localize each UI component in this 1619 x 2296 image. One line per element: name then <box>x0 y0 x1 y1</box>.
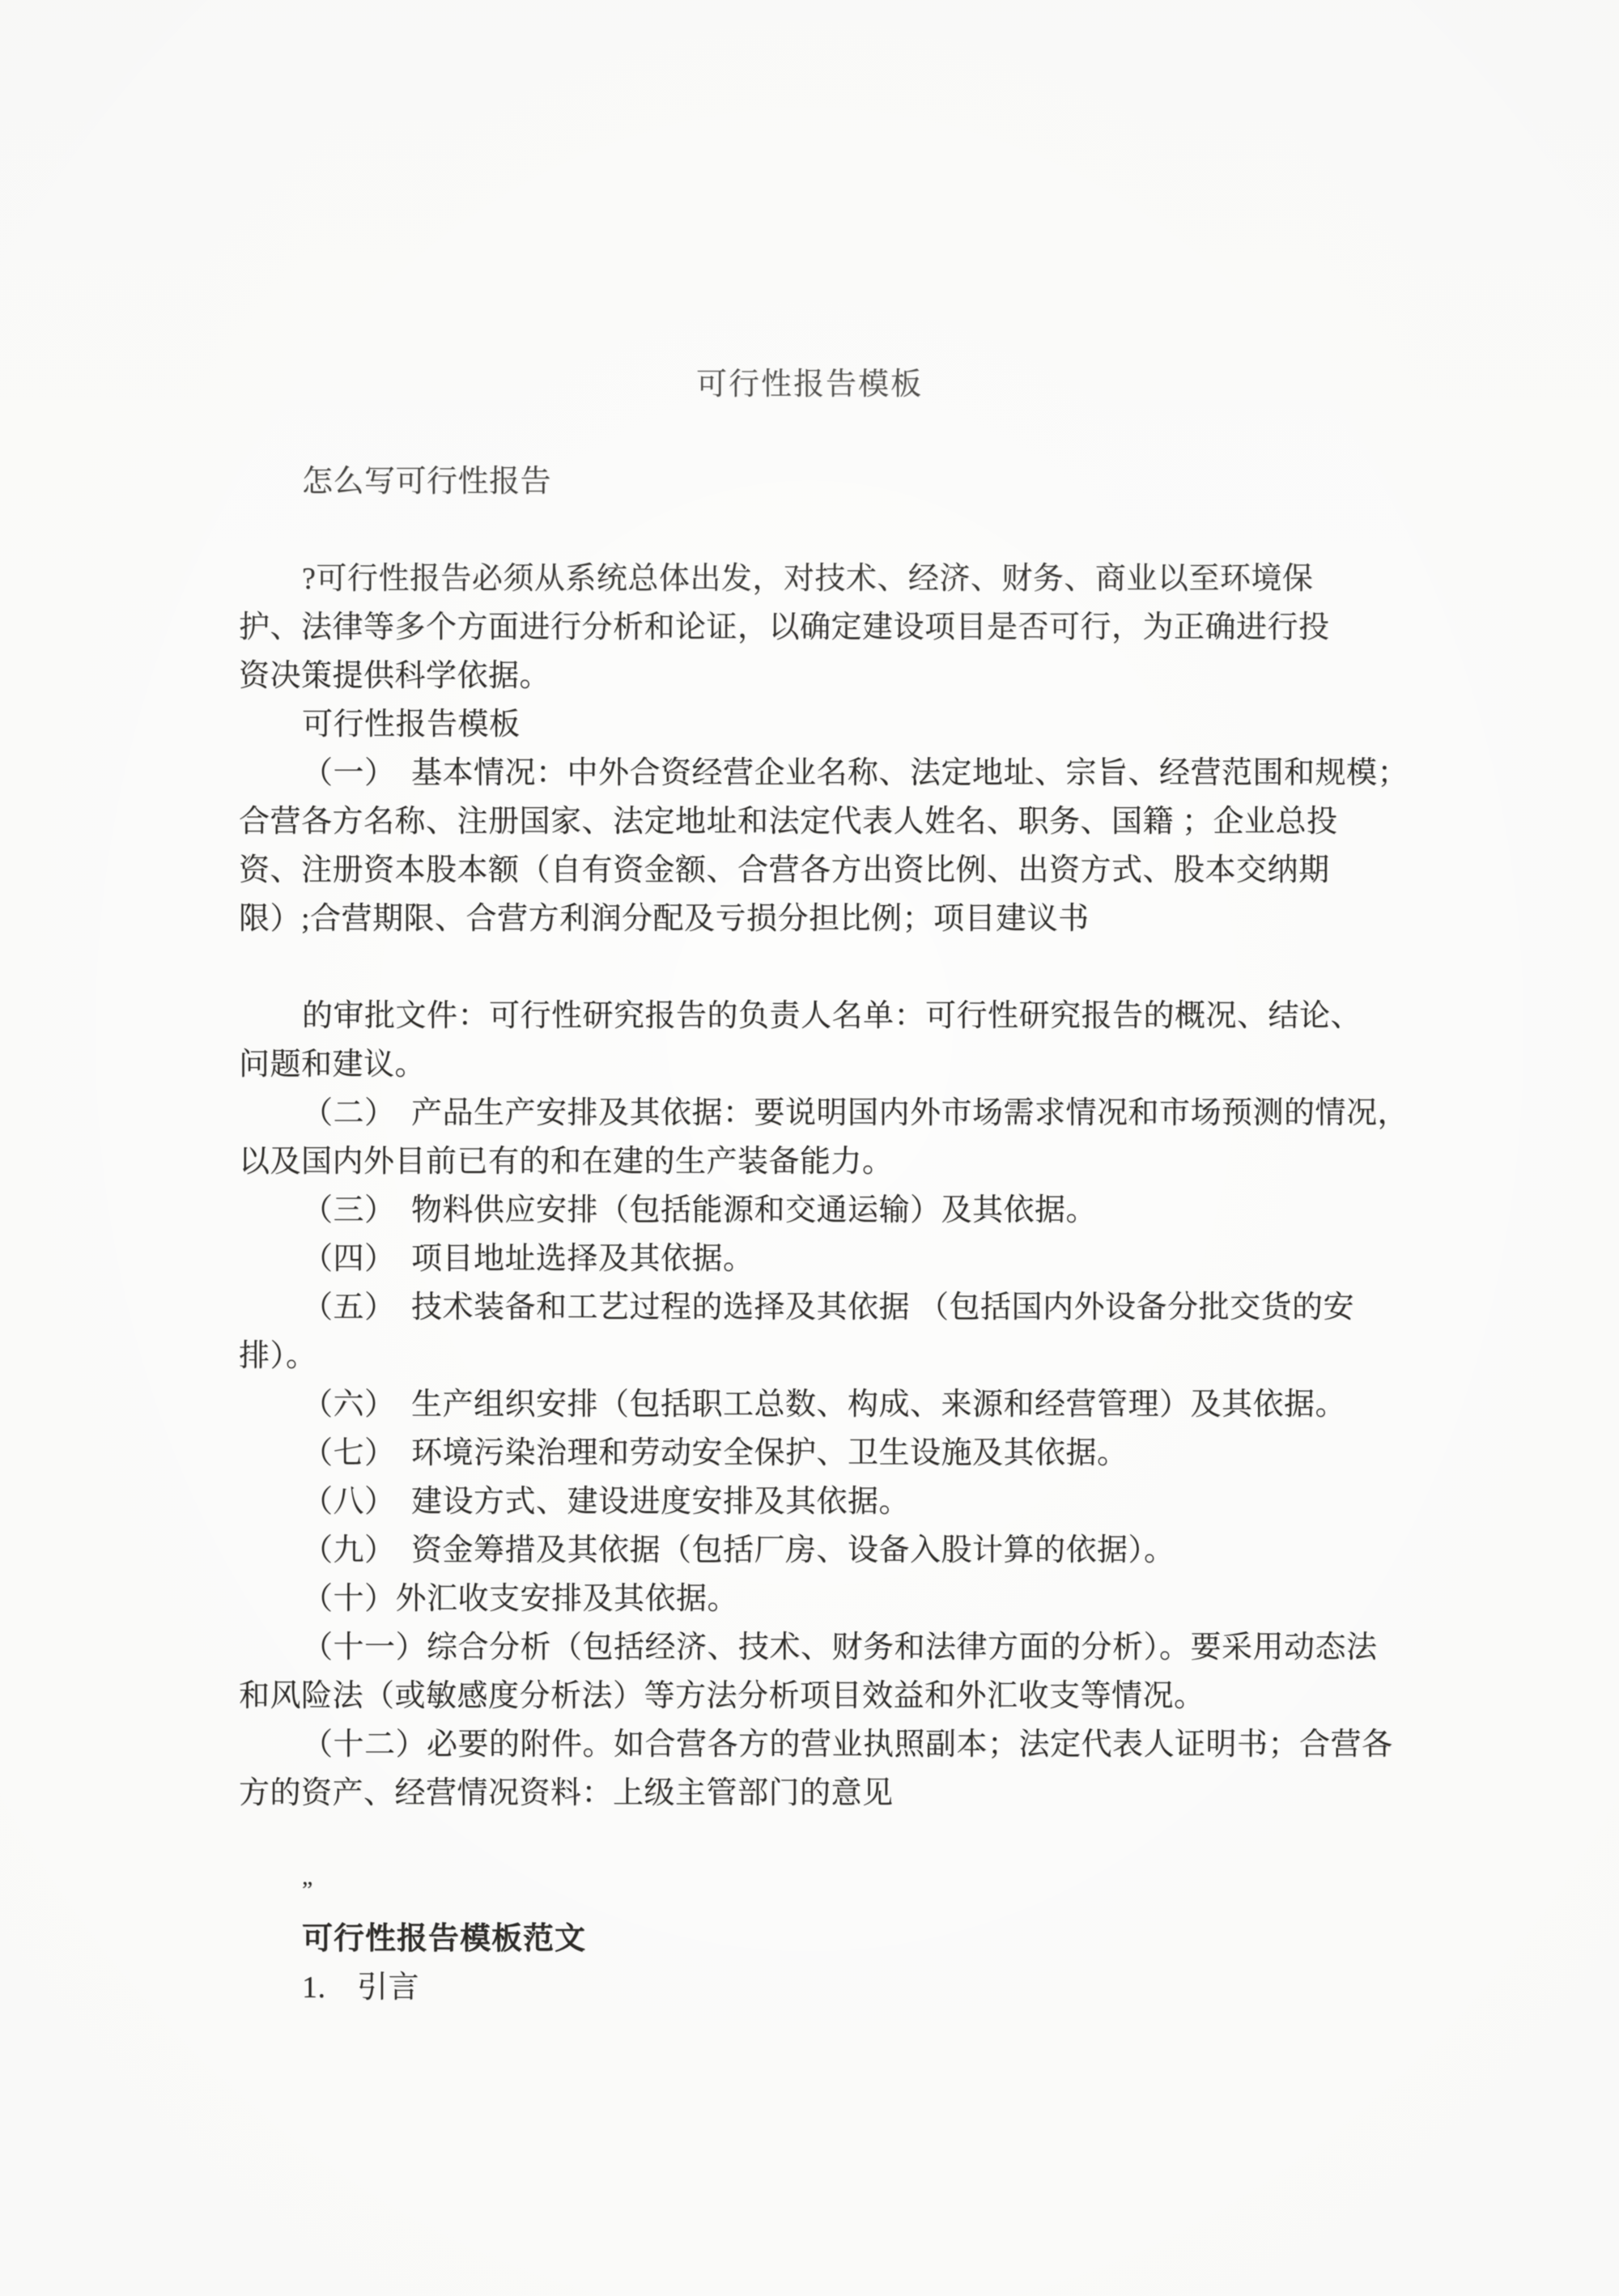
text-line: 1. 引言 <box>0 1963 1619 2012</box>
text-line: （六） 生产组织安排（包括职工总数、构成、来源和经营管理）及其依据。 <box>0 1380 1619 1429</box>
text-line: 资、注册资本股本额（自有资金额、合营各方出资比例、出资方式、股本交纳期 <box>0 846 1619 895</box>
text-line <box>0 409 1619 457</box>
text-line: （五） 技术装备和工艺过程的选择及其依据 （包括国内外设备分批交货的安 <box>0 1283 1619 1332</box>
text-line: （二） 产品生产安排及其依据：要说明国内外市场需求情况和市场预测的情况， <box>0 1089 1619 1137</box>
text-line: 的审批文件：可行性研究报告的负责人名单：可行性研究报告的概况、结论、 <box>0 992 1619 1040</box>
text-line: 护、法律等多个方面进行分析和论证，以确定建设项目是否可行，为正确进行投 <box>0 603 1619 652</box>
text-line: （十）外汇收支安排及其依据。 <box>0 1575 1619 1623</box>
document-page: 可行性报告模板怎么写可行性报告?可行性报告必须从系统总体出发，对技术、经济、财务… <box>0 0 1619 2296</box>
text-line: 以及国内外目前已有的和在建的生产装备能力。 <box>0 1137 1619 1186</box>
text-line: 怎么写可行性报告 <box>0 457 1619 506</box>
text-line: 合营各方名称、注册国家、法定地址和法定代表人姓名、职务、国籍 ；企业总投 <box>0 797 1619 846</box>
text-line: （十二）必要的附件。如合营各方的营业执照副本；法定代表人证明书；合营各 <box>0 1720 1619 1769</box>
text-line: 方的资产、经营情况资料：上级主管部门的意见 <box>0 1769 1619 1818</box>
text-line: ?可行性报告必须从系统总体出发，对技术、经济、财务、商业以至环境保 <box>0 555 1619 603</box>
text-line: 和风险法（或敏感度分析法）等方法分析项目效益和外汇收支等情况。 <box>0 1672 1619 1720</box>
text-line: 问题和建议。 <box>0 1040 1619 1089</box>
text-line: （十一）综合分析（包括经济、技术、财务和法律方面的分析）。要采用动态法 <box>0 1623 1619 1672</box>
text-line: （三） 物料供应安排（包括能源和交通运输）及其依据。 <box>0 1186 1619 1235</box>
text-line: （九） 资金筹措及其依据（包括厂房、设备入股计算的依据）。 <box>0 1526 1619 1575</box>
text-line <box>0 1818 1619 1866</box>
text-line: 资决策提供科学依据。 <box>0 652 1619 700</box>
document-body: 可行性报告模板怎么写可行性报告?可行性报告必须从系统总体出发，对技术、经济、财务… <box>0 360 1619 2012</box>
text-line: （四） 项目地址选择及其依据。 <box>0 1235 1619 1283</box>
text-line: 排）。 <box>0 1332 1619 1380</box>
text-line: ” <box>0 1866 1619 1915</box>
text-line: （七） 环境污染治理和劳动安全保护、卫生设施及其依据。 <box>0 1429 1619 1478</box>
text-line: （八） 建设方式、建设进度安排及其依据。 <box>0 1478 1619 1526</box>
text-line: 可行性报告模板 <box>0 700 1619 749</box>
text-line: （一） 基本情况：中外合资经营企业名称、法定地址、宗旨、经营范围和规模； <box>0 749 1619 797</box>
text-line: 可行性报告模板范文 <box>0 1915 1619 1963</box>
text-line: 限）;合营期限、合营方利润分配及亏损分担比例；项目建议书 <box>0 895 1619 943</box>
text-line <box>0 943 1619 992</box>
document-title: 可行性报告模板 <box>0 360 1619 409</box>
text-line <box>0 506 1619 555</box>
